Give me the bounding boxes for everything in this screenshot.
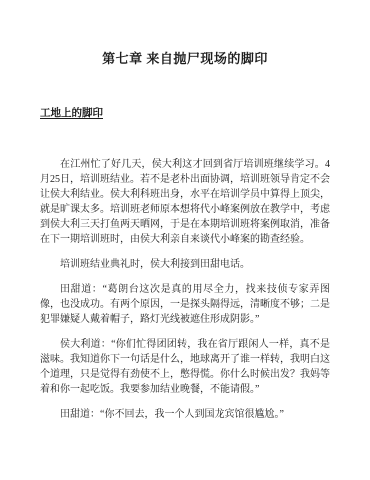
section-heading: 工地上的脚印 [40,106,330,121]
paragraph-4: 侯大利道：“你们忙得团团转，我在省厅跟闲人一样，真不是滋味。我知道你下一句话是什… [40,337,330,397]
paragraph-3: 田甜道：“葛朗台这次是真的用尽全力，找来技侦专家弄图像，也没成功。有两个原因，一… [40,282,330,327]
paragraph-5: 田甜道：“你不回去，我一个人到国龙宾馆很尴尬。” [40,407,330,422]
document-page: 第七章 来自抛尸现场的脚印 工地上的脚印 在江州忙了好几天，侯大利这才回到省厅培… [0,0,370,480]
chapter-title: 第七章 来自抛尸现场的脚印 [40,50,330,68]
paragraph-2: 培训班结业典礼时，侯大利接到田甜电话。 [40,257,330,272]
paragraph-1: 在江州忙了好几天，侯大利这才回到省厅培训班继续学习。4月25日，培训班结业。若不… [40,157,330,247]
